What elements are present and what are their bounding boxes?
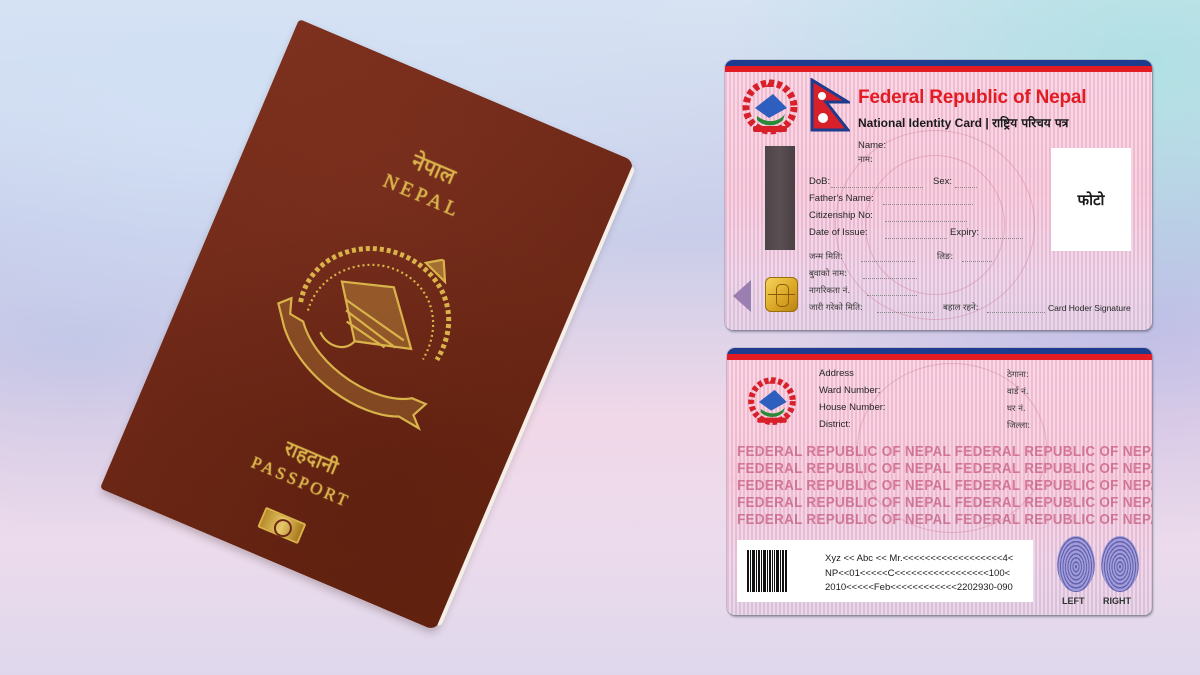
arrow-left-icon bbox=[733, 280, 751, 312]
field-sex-value bbox=[955, 187, 977, 188]
left-fingerprint-icon bbox=[1057, 536, 1095, 592]
field-house-label-np: घर नं. bbox=[1007, 403, 1026, 414]
field-district-label: District: bbox=[819, 419, 851, 430]
field-citizenship-value-np bbox=[867, 295, 917, 296]
card-subtitle: National Identity Card | राष्ट्रिय परिचय… bbox=[858, 114, 1068, 131]
field-name-label-np: नाम: bbox=[858, 154, 873, 165]
field-dob-label: DoB: bbox=[809, 176, 830, 187]
field-citizenship-label: Citizenship No: bbox=[809, 210, 873, 221]
mrz-panel: Xyz << Abc << Mr.<<<<<<<<<<<<<<<<<<4< NP… bbox=[737, 540, 1033, 602]
field-sex-value-np bbox=[962, 261, 992, 262]
photo-placeholder: फोटो bbox=[1051, 148, 1131, 251]
field-expiry-label: Expiry: bbox=[950, 227, 979, 238]
card-subtitle-separator: | bbox=[985, 116, 988, 130]
field-sex-label: Sex: bbox=[933, 176, 952, 187]
biometric-chip-icon bbox=[257, 507, 306, 544]
field-house-label: House Number: bbox=[819, 402, 886, 413]
left-fingerprint-label: LEFT bbox=[1062, 596, 1085, 606]
mrz-line: 2010<<<<<Feb<<<<<<<<<<<<2202930-090 bbox=[825, 581, 1013, 596]
barcode-icon bbox=[747, 550, 787, 592]
smart-chip-icon bbox=[765, 277, 798, 312]
security-text-line: FEDERAL REPUBLIC OF NEPAL FEDERAL REPUBL… bbox=[737, 495, 1118, 512]
field-district-label-np: जिल्ला: bbox=[1007, 420, 1030, 431]
field-expiry-label-np: बहाल रहने: bbox=[943, 302, 979, 313]
card-stripe-red bbox=[727, 354, 1152, 360]
card-title: Federal Republic of Nepal bbox=[858, 87, 1086, 109]
field-name-label: Name: bbox=[858, 140, 886, 151]
security-strip bbox=[765, 146, 795, 250]
field-ward-label-np: वार्ड नं. bbox=[1007, 386, 1029, 397]
field-ward-label: Ward Number: bbox=[819, 385, 880, 396]
field-father-label-np: बुवाको नाम: bbox=[809, 268, 847, 279]
card-stripe-red bbox=[725, 66, 1152, 72]
field-address-label: Address bbox=[819, 368, 854, 379]
field-expiry-value bbox=[983, 238, 1023, 239]
nepal-emblem-icon bbox=[745, 376, 799, 428]
photo-placeholder-text: फोटो bbox=[1078, 190, 1105, 210]
nepal-passport-cover: नेपाल NEPAL राहदानी PASSPORT bbox=[100, 19, 635, 631]
nepal-flag-icon bbox=[810, 78, 850, 132]
right-fingerprint-label: RIGHT bbox=[1103, 596, 1131, 606]
field-father-value bbox=[883, 204, 973, 205]
field-dob-value bbox=[831, 187, 923, 188]
field-issue-value bbox=[885, 238, 947, 239]
mrz-text: Xyz << Abc << Mr.<<<<<<<<<<<<<<<<<<4< NP… bbox=[825, 552, 1013, 596]
signature-label: Card Hoder Signature bbox=[1048, 303, 1131, 313]
security-text-block: FEDERAL REPUBLIC OF NEPAL FEDERAL REPUBL… bbox=[737, 444, 1147, 529]
field-father-label: Father's Name: bbox=[809, 193, 874, 204]
field-address-label-np: ठेगाना: bbox=[1007, 369, 1029, 380]
card-subtitle-en: National Identity Card bbox=[858, 116, 982, 130]
security-text-line: FEDERAL REPUBLIC OF NEPAL FEDERAL REPUBL… bbox=[737, 512, 1118, 529]
national-id-card-back: Address Ward Number: House Number: Distr… bbox=[727, 348, 1152, 615]
security-text-line: FEDERAL REPUBLIC OF NEPAL FEDERAL REPUBL… bbox=[737, 444, 1118, 461]
field-father-value-np bbox=[863, 278, 917, 279]
right-fingerprint-icon bbox=[1101, 536, 1139, 592]
field-expiry-value-np bbox=[987, 312, 1045, 313]
nepal-coat-of-arms-icon bbox=[244, 203, 495, 438]
field-sex-label-np: लिङ: bbox=[937, 251, 953, 262]
field-citizenship-label-np: नागरिकता नं. bbox=[809, 285, 850, 296]
security-text-line: FEDERAL REPUBLIC OF NEPAL FEDERAL REPUBL… bbox=[737, 461, 1118, 478]
nepal-emblem-icon bbox=[739, 78, 801, 138]
field-dob-label-np: जन्म मिति: bbox=[809, 251, 843, 262]
card-subtitle-np: राष्ट्रिय परिचय पत्र bbox=[992, 116, 1068, 130]
field-issue-value-np bbox=[877, 312, 933, 313]
mrz-line: NP<<01<<<<<C<<<<<<<<<<<<<<<<<100< bbox=[825, 567, 1013, 582]
field-issue-label: Date of Issue: bbox=[809, 227, 868, 238]
field-dob-value-np bbox=[861, 261, 915, 262]
national-id-card-front: Federal Republic of Nepal National Ident… bbox=[725, 60, 1152, 330]
field-citizenship-value bbox=[885, 221, 967, 222]
mrz-line: Xyz << Abc << Mr.<<<<<<<<<<<<<<<<<<4< bbox=[825, 552, 1013, 567]
security-text-line: FEDERAL REPUBLIC OF NEPAL FEDERAL REPUBL… bbox=[737, 478, 1118, 495]
field-issue-label-np: जारी गरेको मिति: bbox=[809, 302, 863, 313]
